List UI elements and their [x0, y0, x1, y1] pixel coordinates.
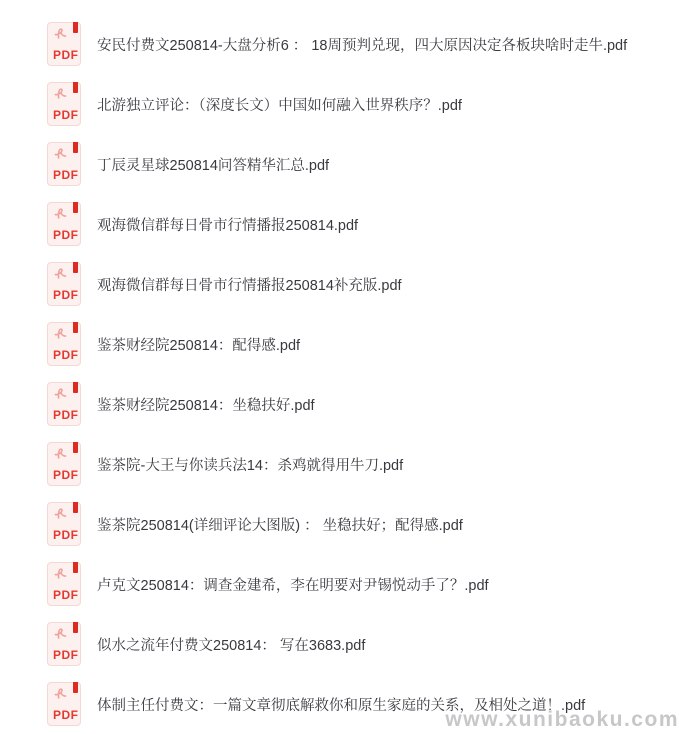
pdf-file-icon: PDF	[47, 562, 81, 606]
file-row[interactable]: PDF 鉴茶财经院250814：坐稳扶好.pdf	[0, 374, 679, 434]
acrobat-logo-icon	[54, 207, 67, 220]
pdf-icon-fold	[73, 682, 78, 693]
pdf-file-icon: PDF	[47, 442, 81, 486]
pdf-file-icon: PDF	[47, 382, 81, 426]
file-row[interactable]: PDF 体制主任付费文：一篇文章彻底解救你和原生家庭的关系，及相处之道！.pdf	[0, 674, 679, 734]
acrobat-logo-icon	[54, 627, 67, 640]
pdf-icon-label: PDF	[53, 709, 79, 721]
pdf-icon-fold	[73, 622, 78, 633]
file-row[interactable]: PDF 似水之流年付费文250814： 写在3683.pdf	[0, 614, 679, 674]
file-row[interactable]: PDF 鉴茶院-大王与你读兵法14：杀鸡就得用牛刀.pdf	[0, 434, 679, 494]
file-name[interactable]: 观海微信群每日骨市行情播报250814补充版.pdf	[97, 274, 402, 295]
file-list: PDF 安民付费文250814-大盘分析6 ： 18周预判兑现，四大原因决定各板…	[0, 0, 679, 734]
acrobat-logo-icon	[54, 507, 67, 520]
pdf-icon-fold	[73, 382, 78, 393]
pdf-file-icon: PDF	[47, 262, 81, 306]
file-row[interactable]: PDF 观海微信群每日骨市行情播报250814.pdf	[0, 194, 679, 254]
file-name[interactable]: 鉴茶院250814(详细评论大图版) ： 坐稳扶好；配得感.pdf	[97, 514, 463, 535]
acrobat-logo-icon	[54, 687, 67, 700]
pdf-icon-label: PDF	[53, 169, 79, 181]
pdf-icon-fold	[73, 202, 78, 213]
acrobat-logo-icon	[54, 87, 67, 100]
pdf-icon-fold	[73, 142, 78, 153]
pdf-icon-label: PDF	[53, 529, 79, 541]
file-name[interactable]: 北游独立评论：（深度长文）中国如何融入世界秩序？.pdf	[97, 94, 462, 115]
file-name[interactable]: 鉴茶院-大王与你读兵法14：杀鸡就得用牛刀.pdf	[97, 454, 403, 475]
pdf-icon-label: PDF	[53, 229, 79, 241]
pdf-file-icon: PDF	[47, 622, 81, 666]
pdf-icon-label: PDF	[53, 589, 79, 601]
pdf-file-icon: PDF	[47, 142, 81, 186]
pdf-icon-fold	[73, 322, 78, 333]
acrobat-logo-icon	[54, 567, 67, 580]
file-name[interactable]: 观海微信群每日骨市行情播报250814.pdf	[97, 214, 358, 235]
pdf-file-icon: PDF	[47, 22, 81, 66]
pdf-file-icon: PDF	[47, 82, 81, 126]
file-row[interactable]: PDF 安民付费文250814-大盘分析6 ： 18周预判兑现，四大原因决定各板…	[0, 14, 679, 74]
pdf-file-icon: PDF	[47, 202, 81, 246]
pdf-icon-label: PDF	[53, 349, 79, 361]
pdf-icon-fold	[73, 82, 78, 93]
pdf-icon-label: PDF	[53, 649, 79, 661]
file-row[interactable]: PDF 观海微信群每日骨市行情播报250814补充版.pdf	[0, 254, 679, 314]
pdf-icon-label: PDF	[53, 289, 79, 301]
acrobat-logo-icon	[54, 327, 67, 340]
acrobat-logo-icon	[54, 387, 67, 400]
file-name[interactable]: 安民付费文250814-大盘分析6 ： 18周预判兑现，四大原因决定各板块啥时走…	[97, 34, 627, 55]
pdf-file-icon: PDF	[47, 502, 81, 546]
pdf-icon-label: PDF	[53, 109, 79, 121]
file-name[interactable]: 卢克文250814：调查金建希，李在明要对尹锡悦动手了？.pdf	[97, 574, 489, 595]
pdf-icon-label: PDF	[53, 49, 79, 61]
pdf-icon-fold	[73, 22, 78, 33]
file-row[interactable]: PDF 鉴茶院250814(详细评论大图版) ： 坐稳扶好；配得感.pdf	[0, 494, 679, 554]
acrobat-logo-icon	[54, 147, 67, 160]
file-row[interactable]: PDF 卢克文250814：调查金建希，李在明要对尹锡悦动手了？.pdf	[0, 554, 679, 614]
file-name[interactable]: 鉴茶财经院250814：坐稳扶好.pdf	[97, 394, 315, 415]
pdf-icon-label: PDF	[53, 469, 79, 481]
acrobat-logo-icon	[54, 267, 67, 280]
file-name[interactable]: 鉴茶财经院250814：配得感.pdf	[97, 334, 300, 355]
pdf-file-icon: PDF	[47, 682, 81, 726]
file-row[interactable]: PDF 北游独立评论：（深度长文）中国如何融入世界秩序？.pdf	[0, 74, 679, 134]
acrobat-logo-icon	[54, 447, 67, 460]
file-row[interactable]: PDF 鉴茶财经院250814：配得感.pdf	[0, 314, 679, 374]
pdf-file-icon: PDF	[47, 322, 81, 366]
file-name[interactable]: 体制主任付费文：一篇文章彻底解救你和原生家庭的关系，及相处之道！.pdf	[97, 694, 585, 715]
pdf-icon-fold	[73, 502, 78, 513]
pdf-file-list-page: PDF 安民付费文250814-大盘分析6 ： 18周预判兑现，四大原因决定各板…	[0, 0, 679, 734]
file-name[interactable]: 丁辰灵星球250814问答精华汇总.pdf	[97, 154, 329, 175]
pdf-icon-fold	[73, 442, 78, 453]
file-row[interactable]: PDF 丁辰灵星球250814问答精华汇总.pdf	[0, 134, 679, 194]
acrobat-logo-icon	[54, 27, 67, 40]
pdf-icon-fold	[73, 262, 78, 273]
file-name[interactable]: 似水之流年付费文250814： 写在3683.pdf	[97, 634, 365, 655]
pdf-icon-label: PDF	[53, 409, 79, 421]
pdf-icon-fold	[73, 562, 78, 573]
